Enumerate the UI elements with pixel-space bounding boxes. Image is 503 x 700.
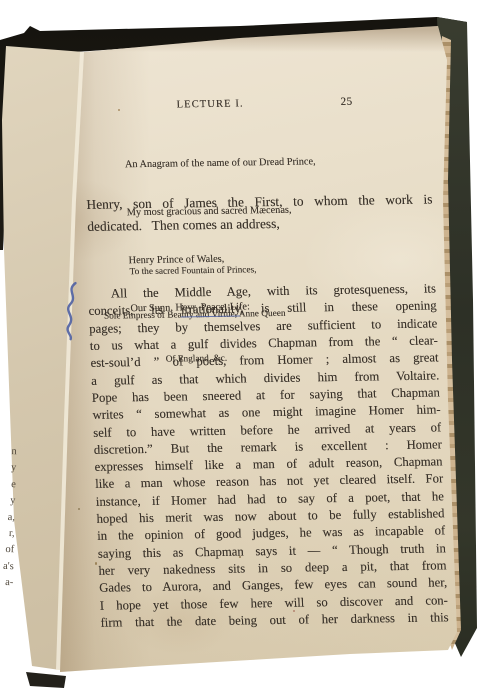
fragment-line: e — [1, 477, 16, 494]
foxing-speck — [78, 508, 80, 510]
running-header: LECTURE I. — [176, 98, 243, 110]
fragment-line: a- — [0, 575, 13, 592]
facing-page-text-fragments: n y e y a, r, of a's a- — [0, 444, 17, 592]
fragment-line: a, — [0, 509, 15, 526]
blue-pencil-squiggle-mark — [59, 280, 87, 342]
intro-sentence: Henry, son of James the First, to whom t… — [86, 188, 434, 236]
paragraph-text: conceits, its — [88, 303, 181, 318]
fragment-line: a's — [0, 559, 14, 576]
address-line: To the sacred Fountain of Princes, — [73, 263, 314, 281]
fragment-line: r, — [0, 526, 15, 543]
book-photo: n y e y a, r, of a's a- LECTURE I. 25 An… — [0, 0, 503, 700]
verse-line: An Anagram of the name of our Dread Prin… — [125, 154, 316, 173]
foxing-speck — [95, 562, 97, 565]
fragment-line: y — [1, 460, 16, 477]
page-number: 25 — [340, 96, 352, 108]
fragment-line: y — [0, 493, 15, 510]
fragment-line: of — [0, 542, 14, 559]
page-text: LECTURE I. 25 An Anagram of the name of … — [80, 82, 453, 647]
main-paragraph: All the Middle Age, with its grotesquene… — [88, 280, 449, 632]
paragraph-text: , is still in these opening — [240, 299, 437, 316]
blue-underlined-word: irrationality — [181, 302, 241, 318]
fragment-line: n — [2, 444, 17, 461]
